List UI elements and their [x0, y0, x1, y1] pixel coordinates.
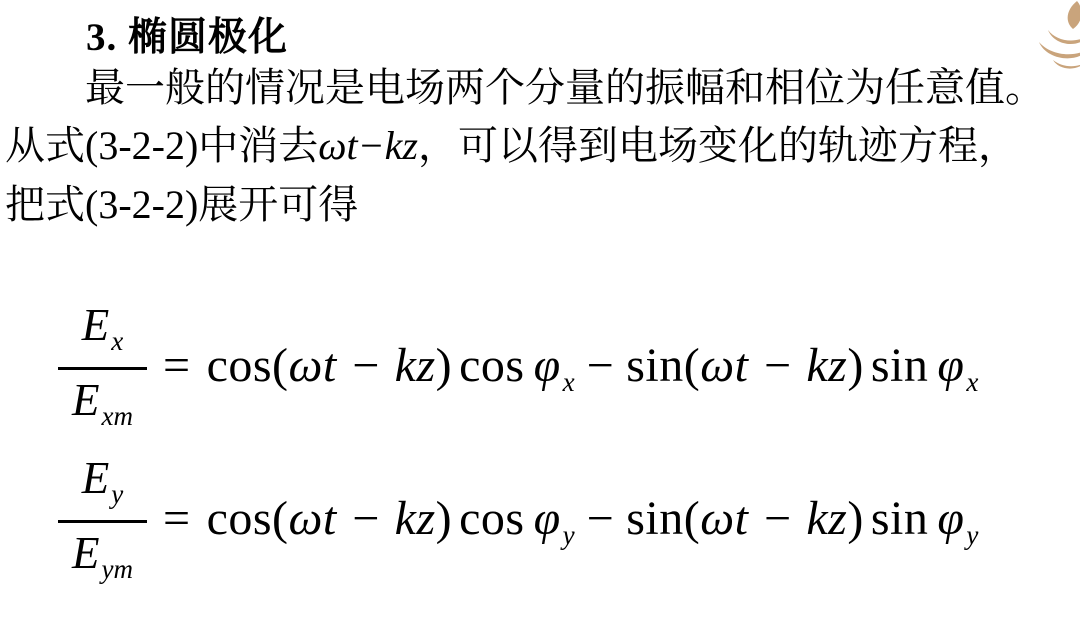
- phi-symbol: φ: [534, 339, 561, 392]
- subscript: y: [111, 479, 123, 509]
- slide-title: 3. 椭圆极化: [86, 6, 288, 62]
- body-line-2-suffix: ，可以得到电场变化的轨迹方程，: [418, 123, 1018, 168]
- equation-rhs: =cos(ωt − kz)cosφy−sin(ωt − kz)sinφy: [163, 491, 978, 546]
- open-paren: (: [684, 339, 700, 392]
- math-argument: ωt − kz: [289, 339, 436, 392]
- subscript: x: [966, 367, 978, 397]
- equals-sign: =: [163, 492, 191, 545]
- fraction-numerator: Ey: [72, 452, 133, 520]
- equation-rhs: =cos(ωt − kz)cosφx−sin(ωt − kz)sinφx: [163, 338, 978, 393]
- subscript: y: [966, 520, 978, 550]
- close-paren: ): [847, 339, 863, 392]
- close-paren: ): [436, 492, 452, 545]
- sin-function: sin: [626, 492, 684, 545]
- fraction-numerator: Ex: [72, 299, 133, 367]
- equals-sign: =: [163, 339, 191, 392]
- cos-function: cos: [207, 492, 272, 545]
- subscript: xm: [102, 401, 133, 431]
- body-line-2: 从式(3-2-2)中消去ωt−kz，可以得到电场变化的轨迹方程，: [5, 124, 1018, 168]
- sin-function: sin: [871, 492, 929, 545]
- subscript: ym: [102, 554, 133, 584]
- sin-function: sin: [626, 339, 684, 392]
- body-line-3: 把式(3-2-2)展开可得: [5, 183, 358, 227]
- fraction-denominator: Eym: [58, 520, 147, 593]
- body-line-2-inline-math: ωt−kz: [318, 123, 418, 168]
- equation-ey: Ey Eym =cos(ωt − kz)cosφy−sin(ωt − kz)si…: [58, 452, 978, 592]
- fraction-denominator: Exm: [58, 367, 147, 440]
- phi-symbol: φ: [534, 492, 561, 545]
- phi-symbol: φ: [937, 339, 964, 392]
- subscript: y: [563, 520, 575, 550]
- open-paren: (: [272, 492, 288, 545]
- fraction-ex-over-exm: Ex Exm: [58, 299, 147, 439]
- subscript: x: [563, 367, 575, 397]
- body-line-1: 最一般的情况是电场两个分量的振幅和相位为任意值。: [85, 66, 1045, 110]
- fraction-ey-over-eym: Ey Eym: [58, 452, 147, 592]
- body-line-2-prefix: 从式(3-2-2)中消去: [5, 123, 318, 168]
- cos-function: cos: [459, 492, 524, 545]
- math-argument: ωt − kz: [289, 492, 436, 545]
- close-paren: ): [847, 492, 863, 545]
- sin-function: sin: [871, 339, 929, 392]
- math-argument: ωt − kz: [700, 339, 847, 392]
- math-argument: ωt − kz: [700, 492, 847, 545]
- cos-function: cos: [459, 339, 524, 392]
- minus-sign: −: [587, 492, 615, 545]
- close-paren: ): [436, 339, 452, 392]
- subscript: x: [111, 326, 123, 356]
- slide: 3. 椭圆极化 最一般的情况是电场两个分量的振幅和相位为任意值。 从式(3-2-…: [0, 0, 1080, 624]
- cos-function: cos: [207, 339, 272, 392]
- equation-ex: Ex Exm =cos(ωt − kz)cosφx−sin(ωt − kz)si…: [58, 299, 978, 439]
- phi-symbol: φ: [937, 492, 964, 545]
- open-paren: (: [272, 339, 288, 392]
- open-paren: (: [684, 492, 700, 545]
- minus-sign: −: [587, 339, 615, 392]
